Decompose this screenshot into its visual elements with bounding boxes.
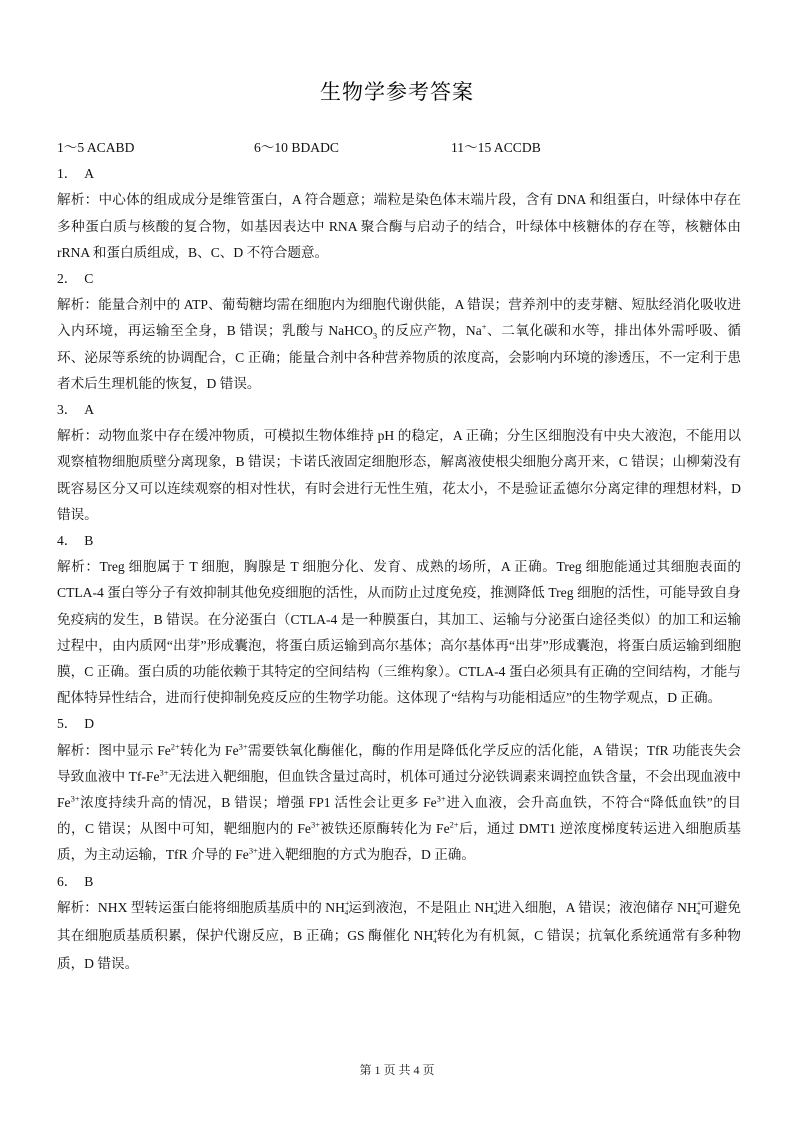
ammonium-ion-label: +4	[433, 923, 436, 951]
question-1-analysis: 解析：中心体的组成成分是维管蛋白，A 符合题意；端粒是染色体末端片段，含有 DN…	[57, 187, 741, 266]
analysis-text: 转化为 Fe	[180, 743, 239, 758]
answer-summary-11-15: 11～15 ACCDB	[451, 135, 541, 161]
analysis-text: 进入细胞，A 错误；液泡储存 NH	[497, 900, 696, 915]
question-answer: B	[84, 874, 93, 889]
superscript: 3+	[249, 846, 258, 856]
question-answer: A	[84, 402, 94, 417]
question-number: 2．	[57, 271, 77, 286]
question-3-analysis: 解析：动物血浆中存在缓冲物质，可模拟生物体维持 pH 的稳定，A 正确；分生区细…	[57, 423, 741, 528]
answer-summary-row: 1～5 ACABD 6～10 BDADC 11～15 ACCDB	[57, 135, 741, 161]
analysis-text: 解析：NHX 型转运蛋白能将细胞质基质中的 NH	[57, 900, 345, 915]
question-number: 4．	[57, 533, 77, 548]
question-6-header: 6． B	[57, 869, 741, 895]
analysis-text: 的反应产物，Na	[377, 323, 482, 338]
answer-summary-6-10: 6～10 BDADC	[254, 135, 451, 161]
superscript: 3+	[160, 767, 169, 777]
superscript: 2+	[450, 820, 459, 830]
question-answer: C	[84, 271, 93, 286]
analysis-text: 运到液泡，不是阻止 NH	[348, 900, 494, 915]
superscript: 3+	[437, 793, 446, 803]
superscript: 3+	[239, 741, 248, 751]
question-2-analysis: 解析：能量合剂中的 ATP、葡萄糖均需在细胞内为细胞代谢供能，A 错误；营养剂中…	[57, 292, 741, 397]
question-3-header: 3． A	[57, 397, 741, 423]
question-2-header: 2． C	[57, 266, 741, 292]
superscript: 3+	[71, 793, 80, 803]
superscript: 2+	[171, 741, 180, 751]
question-4-header: 4． B	[57, 528, 741, 554]
ammonium-ion-label: +4	[494, 895, 497, 923]
question-answer: A	[84, 166, 94, 181]
analysis-text: 解析：图中显示 Fe	[57, 743, 171, 758]
question-number: 3．	[57, 402, 77, 417]
question-5-header: 5． D	[57, 711, 741, 737]
document-page: 生物学参考答案 1～5 ACABD 6～10 BDADC 11～15 ACCDB…	[0, 0, 794, 1123]
superscript: 3+	[311, 820, 320, 830]
question-answer: B	[84, 533, 93, 548]
analysis-text: 浓度持续升高的情况，B 错误；增强 FP1 活性会让更多 Fe	[80, 795, 437, 810]
question-number: 1．	[57, 166, 77, 181]
analysis-text: 被铁还原酶转化为 Fe	[320, 821, 450, 836]
answer-summary-1-5: 1～5 ACABD	[57, 135, 254, 161]
answer-content: 1～5 ACABD 6～10 BDADC 11～15 ACCDB 1． A 解析…	[57, 135, 741, 977]
question-answer: D	[84, 716, 94, 731]
ammonium-ion-label: +4	[697, 895, 700, 923]
question-6-analysis: 解析：NHX 型转运蛋白能将细胞质基质中的 NH+4运到液泡，不是阻止 NH+4…	[57, 895, 741, 978]
question-5-analysis: 解析：图中显示 Fe2+转化为 Fe3+需要铁氧化酶催化，酶的作用是降低化学反应…	[57, 738, 741, 869]
question-1-header: 1． A	[57, 161, 741, 187]
question-number: 5．	[57, 716, 77, 731]
question-4-analysis: 解析：Treg 细胞属于 T 细胞，胸腺是 T 细胞分化、发育、成熟的场所，A …	[57, 554, 741, 711]
page-title: 生物学参考答案	[0, 76, 794, 106]
analysis-text: 进入靶细胞的方式为胞吞，D 正确。	[258, 847, 475, 862]
ammonium-ion-label: +4	[345, 895, 348, 923]
page-footer: 第 1 页 共 4 页	[0, 1061, 794, 1078]
question-number: 6．	[57, 874, 77, 889]
